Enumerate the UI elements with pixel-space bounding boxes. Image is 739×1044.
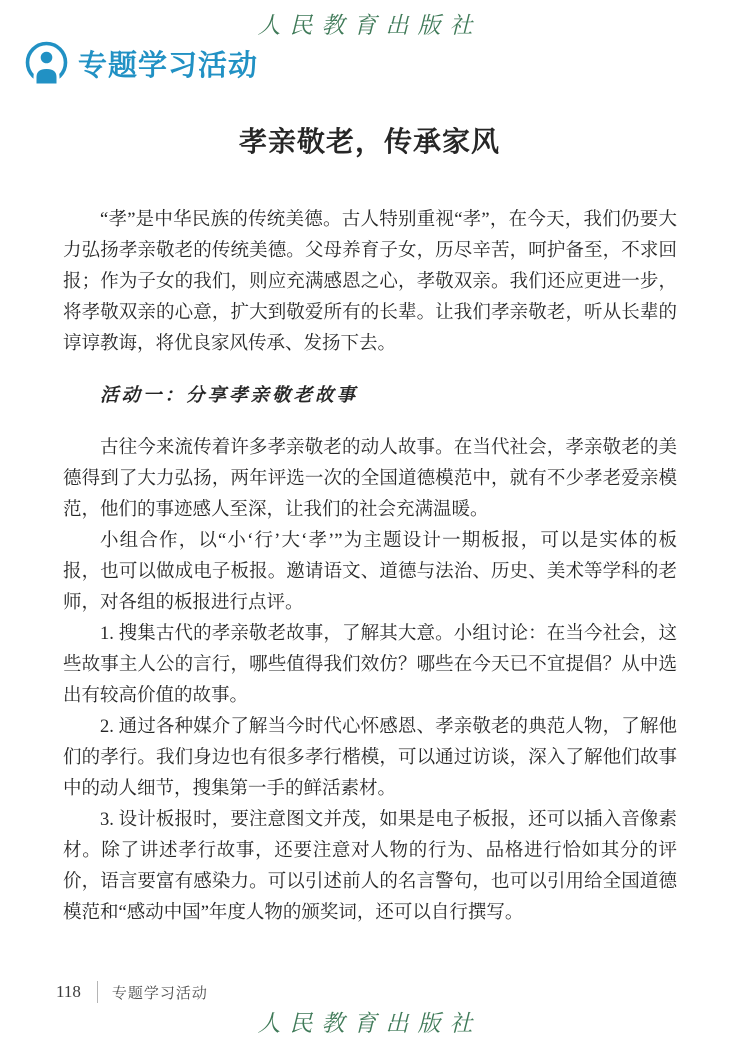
step-2: 2. 通过各种媒介了解当今时代心怀感恩、孝亲敬老的典范人物，了解他们的孝行。我们… bbox=[63, 712, 677, 805]
page-number: 118 bbox=[56, 982, 81, 1002]
publisher-logo-bottom: 人民教育出版社 bbox=[0, 1005, 739, 1038]
paragraph-group-work: 小组合作，以“小‘行’大‘孝’”为主题设计一期板报，可以是实体的板报，也可以做成… bbox=[63, 526, 677, 619]
section-header: 专题学习活动 bbox=[24, 41, 739, 86]
step-1: 1. 搜集古代的孝亲敬老故事，了解其大意。小组讨论：在当今社会，这些故事主人公的… bbox=[63, 619, 677, 712]
article-body: “孝”是中华民族的传统美德。古人特别重视“孝”，在今天，我们仍要大力弘扬孝亲敬老… bbox=[63, 205, 677, 929]
page-title: 孝亲敬老，传承家风 bbox=[0, 120, 739, 160]
intro-paragraph: “孝”是中华民族的传统美德。古人特别重视“孝”，在今天，我们仍要大力弘扬孝亲敬老… bbox=[63, 205, 677, 360]
activity-heading: 活动一：分享孝亲敬老故事 bbox=[63, 381, 677, 412]
footer-section-label: 专题学习活动 bbox=[112, 982, 208, 1003]
paragraph-stories: 古往今来流传着许多孝亲敬老的动人故事。在当代社会，孝亲敬老的美德得到了大力弘扬，… bbox=[63, 433, 677, 526]
section-title: 专题学习活动 bbox=[78, 43, 258, 84]
page-footer: 118 专题学习活动 bbox=[56, 981, 208, 1003]
step-3: 3. 设计板报时，要注意图文并茂，如果是电子板报，还可以插入音像素材。除了讲述孝… bbox=[63, 805, 677, 929]
publisher-logo-top: 人民教育出版社 bbox=[0, 0, 739, 40]
person-in-circle-icon bbox=[24, 41, 69, 86]
textbook-page: 人民教育出版社 专题学习活动 孝亲敬老，传承家风 “孝”是中华民族的传统美德。古… bbox=[0, 0, 739, 1044]
footer-divider bbox=[97, 981, 98, 1003]
